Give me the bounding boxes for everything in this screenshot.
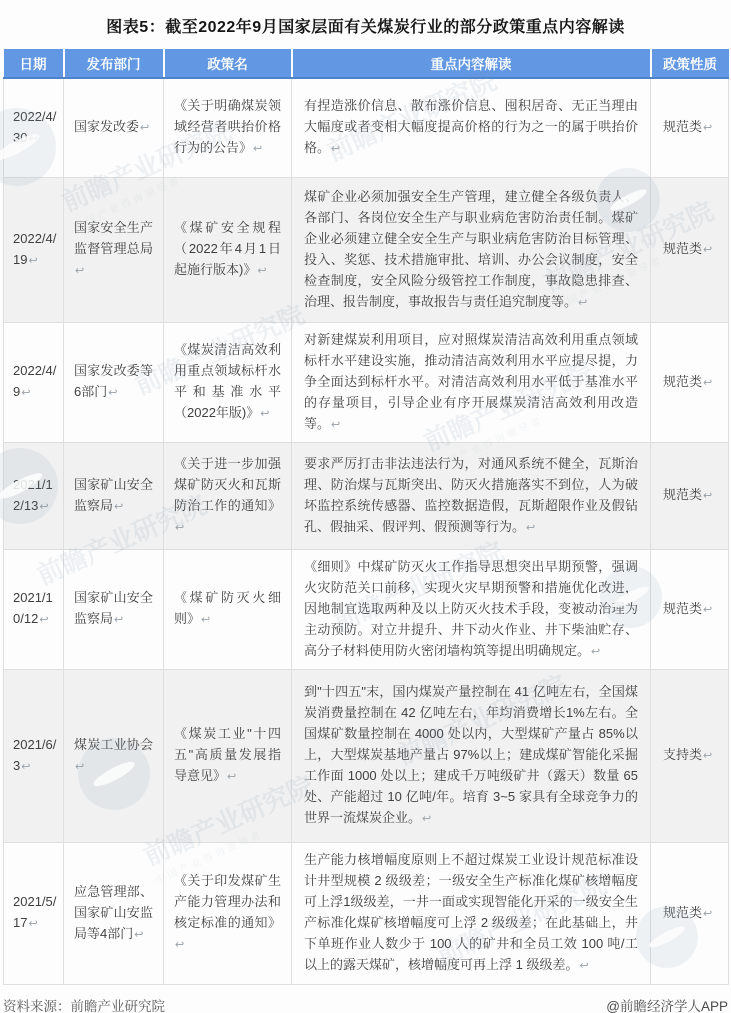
cell-content-interpretation: 煤矿企业必须加强安全生产管理，建立健全各级负责人、各部门、各岗位安全生产与职业病… bbox=[292, 177, 651, 322]
cell-content-interpretation: 到"十四五"末，国内煤炭产量控制在 41 亿吨左右，全国煤炭消费量控制在 42 … bbox=[292, 669, 651, 842]
credit-label: @前瞻经济学人APP bbox=[606, 995, 728, 1013]
column-header-nature: 政策性质 bbox=[651, 49, 729, 78]
page: 图表5：截至2022年9月国家层面有关煤炭行业的部分政策重点内容解读 日期 发布… bbox=[0, 0, 731, 1013]
cell-date: 2021/12/13↩ bbox=[4, 442, 64, 549]
content-text: 到"十四五"末，国内煤炭产量控制在 41 亿吨左右，全国煤炭消费量控制在 42 … bbox=[304, 684, 638, 825]
header-row: 日期 发布部门 政策名 重点内容解读 政策性质 bbox=[4, 49, 729, 78]
data-source-label: 资料来源：前瞻产业研究院 bbox=[3, 995, 165, 1013]
cell-policy-name: 《关于印发煤矿生产能力管理办法和核定标准的通知》↩ bbox=[164, 842, 292, 984]
footer: 资料来源：前瞻产业研究院 @前瞻经济学人APP bbox=[3, 995, 728, 1013]
column-header-dept: 发布部门 bbox=[64, 49, 164, 78]
cell-department: 国家发改委等6部门↩ bbox=[64, 322, 164, 442]
cell-date: 2022/4/19↩ bbox=[4, 177, 64, 322]
cell-content-interpretation: 对新建煤炭利用项目，应对照煤炭清洁高效利用重点领域标杆水平建设实施，推动清洁高效… bbox=[292, 322, 651, 442]
return-mark: ↩ bbox=[526, 522, 535, 534]
policy-name-text: 《关于明确煤炭领域经营者哄抬价格行为的公告》 bbox=[174, 98, 281, 155]
cell-policy-nature: 规范类↩ bbox=[651, 442, 729, 549]
cell-policy-name: 《煤炭清洁高效利用重点领域标杆水平和基准水平（2022年版)》↩ bbox=[164, 322, 292, 442]
table-row: 2022/4/19↩ 国家安全生产监督管理总局↩ 《煤矿安全规程（2022年4月… bbox=[4, 177, 729, 322]
cell-policy-name: 《关于进一步加强煤矿防灭火和瓦斯防治工作的通知》↩ bbox=[164, 442, 292, 549]
policy-table: 日期 发布部门 政策名 重点内容解读 政策性质 2022/4/30↩ 国家发改委… bbox=[3, 49, 729, 985]
nature-text: 规范类 bbox=[663, 905, 702, 920]
cell-department: 国家发改委↩ bbox=[64, 78, 164, 177]
return-mark: ↩ bbox=[703, 490, 712, 502]
table-row: 2022/4/9↩ 国家发改委等6部门↩ 《煤炭清洁高效利用重点领域标杆水平和基… bbox=[4, 322, 729, 442]
return-mark: ↩ bbox=[703, 244, 712, 256]
content-text: 煤矿企业必须加强安全生产管理，建立健全各级负责人、各部门、各岗位安全生产与职业病… bbox=[304, 189, 638, 309]
nature-text: 支持类 bbox=[663, 747, 702, 762]
return-mark: ↩ bbox=[175, 522, 184, 534]
content-text: 对新建煤炭利用项目，应对照煤炭清洁高效利用重点领域标杆水平建设实施，推动清洁高效… bbox=[304, 332, 638, 431]
return-mark: ↩ bbox=[703, 122, 712, 134]
content-text: 《细则》中煤矿防灭火工作指导思想突出早期预警，强调火灾防范关口前移，实现火灾早期… bbox=[304, 559, 638, 658]
return-mark: ↩ bbox=[579, 960, 588, 972]
table-row: 2021/10/12↩ 国家矿山安全监察局↩ 《煤矿防灭火细则》↩ 《细则》中煤… bbox=[4, 549, 729, 669]
return-mark: ↩ bbox=[39, 501, 48, 513]
date-text: 2022/4/9 bbox=[13, 363, 56, 399]
policy-name-text: 《煤矿防灭火细则》 bbox=[174, 590, 281, 626]
return-mark: ↩ bbox=[39, 614, 48, 626]
nature-text: 规范类 bbox=[663, 487, 702, 502]
return-mark: ↩ bbox=[114, 614, 123, 626]
nature-text: 规范类 bbox=[663, 601, 702, 616]
cell-date: 2022/4/30↩ bbox=[4, 78, 64, 177]
cell-department: 煤炭工业协会↩ bbox=[64, 669, 164, 842]
cell-department: 应急管理部、国家矿山安监局等4部门↩ bbox=[64, 842, 164, 984]
return-mark: ↩ bbox=[175, 939, 184, 951]
return-mark: ↩ bbox=[28, 255, 37, 267]
nature-text: 规范类 bbox=[663, 119, 702, 134]
return-mark: ↩ bbox=[703, 377, 712, 389]
return-mark: ↩ bbox=[140, 122, 149, 134]
cell-policy-nature: 规范类↩ bbox=[651, 78, 729, 177]
table-row: 2021/6/3↩ 煤炭工业协会↩ 《煤炭工业"十四五"高质量发展指导意见》↩ … bbox=[4, 669, 729, 842]
return-mark: ↩ bbox=[21, 761, 30, 773]
nature-text: 规范类 bbox=[663, 241, 702, 256]
return-mark: ↩ bbox=[28, 133, 37, 145]
cell-date: 2021/5/17↩ bbox=[4, 842, 64, 984]
return-mark: ↩ bbox=[114, 501, 123, 513]
table-row: 2022/4/30↩ 国家发改委↩ 《关于明确煤炭领域经营者哄抬价格行为的公告》… bbox=[4, 78, 729, 177]
return-mark: ↩ bbox=[591, 646, 600, 658]
return-mark: ↩ bbox=[257, 265, 266, 277]
return-mark: ↩ bbox=[201, 614, 210, 626]
return-mark: ↩ bbox=[578, 297, 587, 309]
cell-department: 国家矿山安全监察局↩ bbox=[64, 549, 164, 669]
department-text: 国家安全生产监督管理总局 bbox=[74, 220, 153, 256]
return-mark: ↩ bbox=[75, 265, 84, 277]
cell-policy-name: 《关于明确煤炭领域经营者哄抬价格行为的公告》↩ bbox=[164, 78, 292, 177]
nature-text: 规范类 bbox=[663, 374, 702, 389]
column-header-date: 日期 bbox=[4, 49, 64, 78]
content-text: 要求严厉打击非法违法行为，对通风系统不健全，瓦斯治理、防治煤与瓦斯突出、防灭火措… bbox=[304, 456, 638, 534]
cell-policy-nature: 支持类↩ bbox=[651, 669, 729, 842]
cell-content-interpretation: 有捏造涨价信息、散布涨价信息、囤积居奇、无正当理由大幅度或者变相大幅度提高价格的… bbox=[292, 78, 651, 177]
cell-department: 国家矿山安全监察局↩ bbox=[64, 442, 164, 549]
page-title: 图表5：截至2022年9月国家层面有关煤炭行业的部分政策重点内容解读 bbox=[0, 0, 731, 37]
department-text: 煤炭工业协会 bbox=[74, 737, 153, 752]
department-text: 国家发改委 bbox=[74, 119, 139, 134]
return-mark: ↩ bbox=[28, 918, 37, 930]
cell-policy-name: 《煤炭工业"十四五"高质量发展指导意见》↩ bbox=[164, 669, 292, 842]
return-mark: ↩ bbox=[703, 604, 712, 616]
cell-date: 2021/6/3↩ bbox=[4, 669, 64, 842]
table-body: 2022/4/30↩ 国家发改委↩ 《关于明确煤炭领域经营者哄抬价格行为的公告》… bbox=[4, 78, 729, 984]
return-mark: ↩ bbox=[108, 387, 117, 399]
cell-policy-nature: 规范类↩ bbox=[651, 322, 729, 442]
column-header-policy: 政策名 bbox=[164, 49, 292, 78]
column-header-content: 重点内容解读 bbox=[292, 49, 651, 78]
return-mark: ↩ bbox=[21, 387, 30, 399]
policy-name-text: 《关于进一步加强煤矿防灭火和瓦斯防治工作的通知》 bbox=[174, 456, 281, 513]
return-mark: ↩ bbox=[227, 771, 236, 783]
return-mark: ↩ bbox=[422, 813, 431, 825]
table-row: 2021/12/13↩ 国家矿山安全监察局↩ 《关于进一步加强煤矿防灭火和瓦斯防… bbox=[4, 442, 729, 549]
cell-content-interpretation: 生产能力核增幅度原则上不超过煤炭工业设计规范标准设计井型规模 2 级级差；一级安… bbox=[292, 842, 651, 984]
return-mark: ↩ bbox=[331, 143, 340, 155]
cell-policy-nature: 规范类↩ bbox=[651, 549, 729, 669]
cell-policy-name: 《煤矿安全规程（2022年4月1日起施行版本)》↩ bbox=[164, 177, 292, 322]
cell-policy-name: 《煤矿防灭火细则》↩ bbox=[164, 549, 292, 669]
cell-policy-nature: 规范类↩ bbox=[651, 177, 729, 322]
content-text: 有捏造涨价信息、散布涨价信息、囤积居奇、无正当理由大幅度或者变相大幅度提高价格的… bbox=[304, 98, 638, 155]
return-mark: ↩ bbox=[260, 408, 269, 420]
return-mark: ↩ bbox=[331, 419, 340, 431]
table-row: 2021/5/17↩ 应急管理部、国家矿山安监局等4部门↩ 《关于印发煤矿生产能… bbox=[4, 842, 729, 984]
content-text: 生产能力核增幅度原则上不超过煤炭工业设计规范标准设计井型规模 2 级级差；一级安… bbox=[304, 852, 638, 972]
cell-content-interpretation: 要求严厉打击非法违法行为，对通风系统不健全，瓦斯治理、防治煤与瓦斯突出、防灭火措… bbox=[292, 442, 651, 549]
cell-policy-nature: 规范类↩ bbox=[651, 842, 729, 984]
return-mark: ↩ bbox=[75, 761, 84, 773]
return-mark: ↩ bbox=[703, 750, 712, 762]
table-header: 日期 发布部门 政策名 重点内容解读 政策性质 bbox=[4, 49, 729, 78]
policy-name-text: 《关于印发煤矿生产能力管理办法和核定标准的通知》 bbox=[174, 873, 281, 930]
return-mark: ↩ bbox=[253, 143, 262, 155]
cell-date: 2021/10/12↩ bbox=[4, 549, 64, 669]
return-mark: ↩ bbox=[134, 929, 143, 941]
return-mark: ↩ bbox=[703, 908, 712, 920]
date-text: 2021/6/3 bbox=[13, 737, 56, 773]
cell-date: 2022/4/9↩ bbox=[4, 322, 64, 442]
cell-content-interpretation: 《细则》中煤矿防灭火工作指导思想突出早期预警，强调火灾防范关口前移，实现火灾早期… bbox=[292, 549, 651, 669]
cell-department: 国家安全生产监督管理总局↩ bbox=[64, 177, 164, 322]
